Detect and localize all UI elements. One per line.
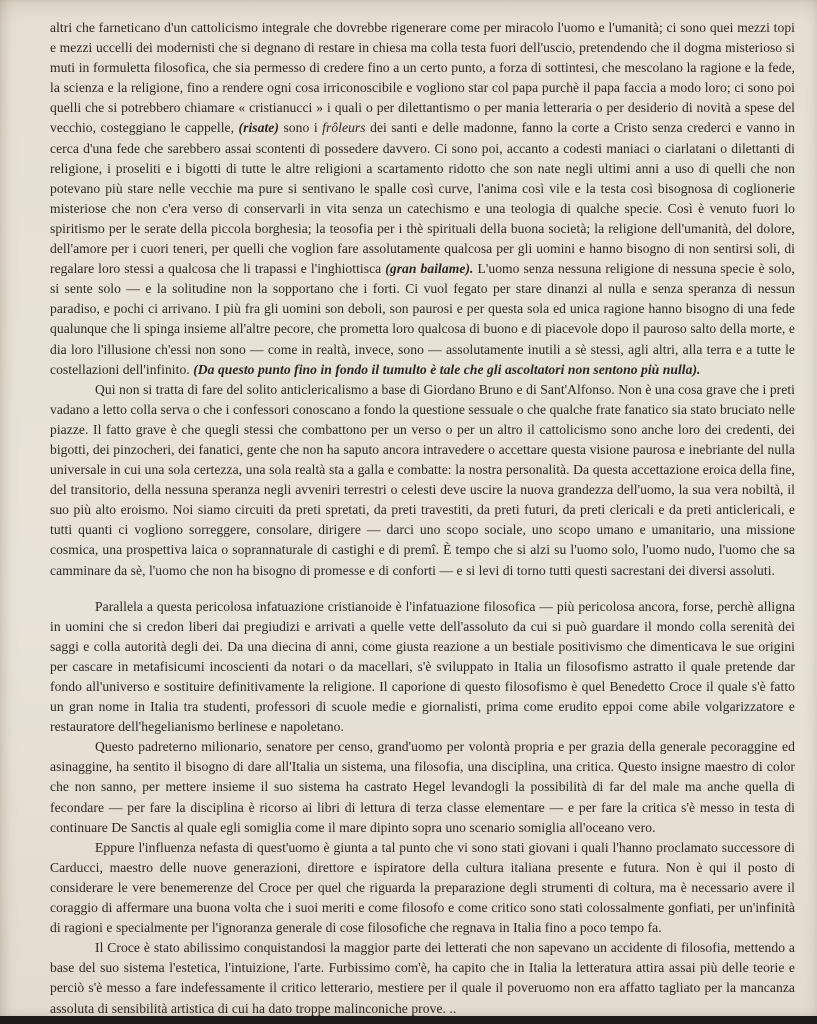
paragraph-6: Il Croce è stato abilissimo conquistando… (50, 938, 795, 1018)
text-segment: Qui non si tratta di fare del solito ant… (50, 382, 795, 578)
foreign-term-froleurs: frôleurs (322, 120, 365, 135)
text-segment: Eppure l'influenza nefasta di quest'uomo… (50, 840, 795, 935)
paragraph-3: Parallela a questa pericolosa infatuazio… (50, 597, 795, 738)
stage-direction-tumulto: (Da questo punto fino in fondo il tumult… (193, 362, 700, 377)
text-segment: Il Croce è stato abilissimo conquistando… (50, 940, 795, 1015)
paragraph-2: Qui non si tratta di fare del solito ant… (50, 380, 795, 581)
text-segment: Parallela a questa pericolosa infatuazio… (50, 599, 795, 735)
paragraph-1: altri che farneticano d'un cattolicismo … (50, 18, 795, 380)
paragraph-4: Questo padreterno milionario, senatore p… (50, 737, 795, 837)
stage-direction-risate: (risate) (239, 120, 279, 135)
body-text: altri che farneticano d'un cattolicismo … (50, 18, 795, 1019)
stage-direction-gran-bailame: (gran bailame). (385, 261, 473, 276)
scan-edge-shadow (0, 1016, 817, 1024)
text-segment: Questo padreterno milionario, senatore p… (50, 739, 795, 834)
text-segment: dei santi e delle madonne, fanno la cort… (50, 120, 795, 276)
paragraph-5: Eppure l'influenza nefasta di quest'uomo… (50, 838, 795, 938)
text-segment: altri che farneticano d'un cattolicismo … (50, 20, 795, 135)
text-segment: L'uomo senza nessuna religione di nessun… (50, 261, 795, 376)
text-segment: sono i (279, 120, 322, 135)
scanned-page: altri che farneticano d'un cattolicismo … (0, 0, 817, 1016)
